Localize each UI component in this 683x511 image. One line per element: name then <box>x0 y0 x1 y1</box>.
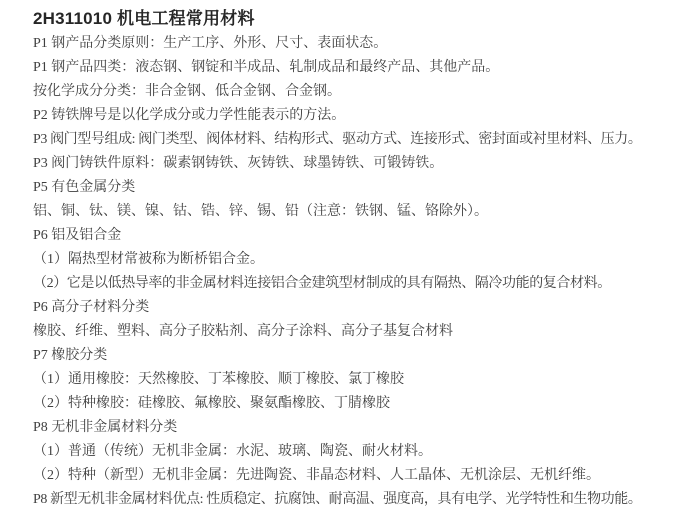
text-line: P3 阀门铸铁件原料：碳素钢铸铁、灰铸铁、球墨铸铁、可锻铸铁。 <box>33 152 669 176</box>
text-line: P8 新型无机非金属材料优点: 性质稳定、抗腐蚀、耐高温、强度高，具有电学、光学… <box>33 488 669 511</box>
text-line: P8 无机非金属材料分类 <box>33 416 669 440</box>
text-line: P1 钢产品四类：液态钢、钢锭和半成品、轧制成品和最终产品、其他产品。 <box>33 56 669 80</box>
text-line: （2）特种橡胶：硅橡胶、氟橡胶、聚氨酯橡胶、丁腈橡胶 <box>33 392 669 416</box>
document-page: 2H311010 机电工程常用材料 P1 钢产品分类原则：生产工序、外形、尺寸、… <box>0 0 683 511</box>
text-line: （1）隔热型材常被称为断桥铝合金。 <box>33 248 669 272</box>
text-line: （2）它是以低热导率的非金属材料连接铝合金建筑型材制成的具有隔热、隔冷功能的复合… <box>33 272 669 296</box>
text-line: P2 铸铁牌号是以化学成分或力学性能表示的方法。 <box>33 104 669 128</box>
text-line: P3 阀门型号组成: 阀门类型、阀体材料、结构形式、驱动方式、连接形式、密封面或… <box>33 128 669 152</box>
text-line: P6 铝及铝合金 <box>33 224 669 248</box>
text-line: P7 橡胶分类 <box>33 344 669 368</box>
text-line: （2）特种（新型）无机非金属：先进陶瓷、非晶态材料、人工晶体、无机涂层、无机纤维… <box>33 464 669 488</box>
text-line: 铝、铜、钛、镁、镍、钴、锆、锌、锡、铅（注意：铁钢、锰、铬除外）。 <box>33 200 669 224</box>
text-line: P1 钢产品分类原则：生产工序、外形、尺寸、表面状态。 <box>33 32 669 56</box>
text-line: P5 有色金属分类 <box>33 176 669 200</box>
text-line: 橡胶、纤维、塑料、高分子胶粘剂、高分子涂料、高分子基复合材料 <box>33 320 669 344</box>
page-title: 2H311010 机电工程常用材料 <box>33 6 669 32</box>
text-line: （1）普通（传统）无机非金属：水泥、玻璃、陶瓷、耐火材料。 <box>33 440 669 464</box>
text-line: P6 高分子材料分类 <box>33 296 669 320</box>
text-line: 按化学成分分类：非合金钢、低合金钢、合金钢。 <box>33 80 669 104</box>
text-line: （1）通用橡胶：天然橡胶、丁苯橡胶、顺丁橡胶、氯丁橡胶 <box>33 368 669 392</box>
